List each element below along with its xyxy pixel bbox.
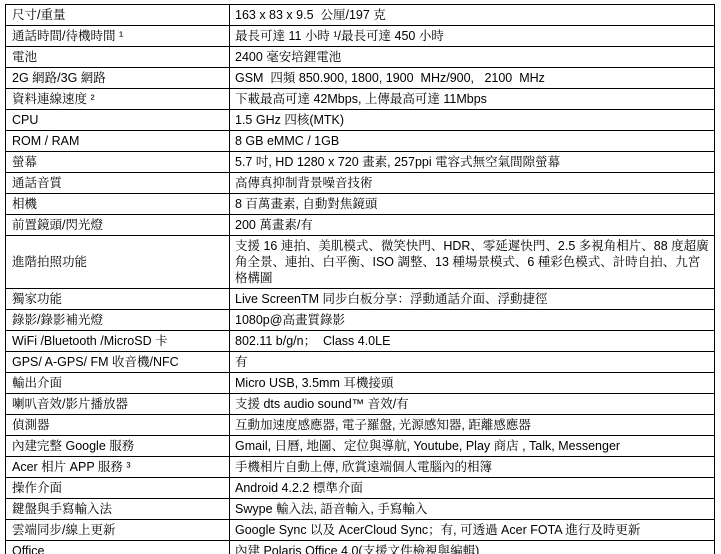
spec-value-cell: 高傳真抑制背景噪音技術 [230, 173, 715, 194]
table-row: 尺寸/重量163 x 83 x 9.5 公厘/197 克 [6, 5, 715, 26]
spec-value-cell: 1.5 GHz 四核(MTK) [230, 110, 715, 131]
spec-label-cell: 通話音質 [6, 173, 230, 194]
spec-label-cell: 通話時間/待機時間 ¹ [6, 26, 230, 47]
table-row: CPU1.5 GHz 四核(MTK) [6, 110, 715, 131]
table-row: 錄影/錄影補光燈1080p@高畫質錄影 [6, 310, 715, 331]
spec-label-cell: 錄影/錄影補光燈 [6, 310, 230, 331]
spec-label-cell: 喇叭音效/影片播放器 [6, 394, 230, 415]
spec-value-cell: Swype 輸入法, 語音輸入, 手寫輸入 [230, 499, 715, 520]
spec-value-cell: Live ScreenTM 同步白板分享：浮動通話介面、浮動捷徑 [230, 289, 715, 310]
spec-value-cell: Android 4.2.2 標準介面 [230, 478, 715, 499]
spec-label-cell: Acer 相片 APP 服務 ³ [6, 457, 230, 478]
spec-sheet-page: 尺寸/重量163 x 83 x 9.5 公厘/197 克通話時間/待機時間 ¹最… [0, 0, 721, 554]
table-row: 偵測器互動加速度感應器, 電子羅盤, 光源感知器, 距離感應器 [6, 415, 715, 436]
table-row: 內建完整 Google 服務Gmail, 日曆, 地圖、定位與導航, Youtu… [6, 436, 715, 457]
spec-value-cell: 內建 Polaris Office 4.0(支援文件檢視與編輯) [230, 541, 715, 554]
spec-label-cell: 雲端同步/線上更新 [6, 520, 230, 541]
spec-label-cell: 前置鏡頭/閃光燈 [6, 215, 230, 236]
table-row: ROM / RAM8 GB eMMC / 1GB [6, 131, 715, 152]
spec-label-cell: Office [6, 541, 230, 554]
spec-table: 尺寸/重量163 x 83 x 9.5 公厘/197 克通話時間/待機時間 ¹最… [5, 4, 715, 554]
spec-label-cell: 電池 [6, 47, 230, 68]
spec-value-cell: 下載最高可達 42Mbps, 上傳最高可達 11Mbps [230, 89, 715, 110]
spec-value-cell: 2400 毫安培鋰電池 [230, 47, 715, 68]
spec-value-cell: 8 百萬畫素, 自動對焦鏡頭 [230, 194, 715, 215]
table-row: 輸出介面Micro USB, 3.5mm 耳機接頭 [6, 373, 715, 394]
table-row: 資料連線速度 ²下載最高可達 42Mbps, 上傳最高可達 11Mbps [6, 89, 715, 110]
table-row: 獨家功能Live ScreenTM 同步白板分享：浮動通話介面、浮動捷徑 [6, 289, 715, 310]
table-row: 鍵盤與手寫輸入法Swype 輸入法, 語音輸入, 手寫輸入 [6, 499, 715, 520]
table-row: 喇叭音效/影片播放器支援 dts audio sound™ 音效/有 [6, 394, 715, 415]
spec-value-cell: 5.7 吋, HD 1280 x 720 畫素, 257ppi 電容式無空氣間隙… [230, 152, 715, 173]
spec-label-cell: 操作介面 [6, 478, 230, 499]
spec-label-cell: 進階拍照功能 [6, 236, 230, 289]
table-row: 螢幕5.7 吋, HD 1280 x 720 畫素, 257ppi 電容式無空氣… [6, 152, 715, 173]
spec-label-cell: 獨家功能 [6, 289, 230, 310]
spec-value-cell: Gmail, 日曆, 地圖、定位與導航, Youtube, Play 商店 , … [230, 436, 715, 457]
table-row: 進階拍照功能支援 16 連拍、美肌模式、微笑快門、HDR、零延遲快門、2.5 多… [6, 236, 715, 289]
table-row: 操作介面Android 4.2.2 標準介面 [6, 478, 715, 499]
table-row: 電池2400 毫安培鋰電池 [6, 47, 715, 68]
spec-value-cell: 有 [230, 352, 715, 373]
spec-label-cell: 相機 [6, 194, 230, 215]
spec-label-cell: ROM / RAM [6, 131, 230, 152]
table-row: Acer 相片 APP 服務 ³手機相片自動上傳, 欣賞遠端個人電腦內的相簿 [6, 457, 715, 478]
spec-value-cell: 最長可達 11 小時 ¹/最長可達 450 小時 [230, 26, 715, 47]
spec-value-cell: Google Sync 以及 AcerCloud Sync；有, 可透過 Ace… [230, 520, 715, 541]
spec-label-cell: 鍵盤與手寫輸入法 [6, 499, 230, 520]
spec-value-cell: 支援 dts audio sound™ 音效/有 [230, 394, 715, 415]
spec-value-cell: 802.11 b/g/n； Class 4.0LE [230, 331, 715, 352]
spec-label-cell: GPS/ A-GPS/ FM 收音機/NFC [6, 352, 230, 373]
spec-value-cell: Micro USB, 3.5mm 耳機接頭 [230, 373, 715, 394]
spec-label-cell: 2G 網路/3G 網路 [6, 68, 230, 89]
table-row: 通話時間/待機時間 ¹最長可達 11 小時 ¹/最長可達 450 小時 [6, 26, 715, 47]
spec-table-body: 尺寸/重量163 x 83 x 9.5 公厘/197 克通話時間/待機時間 ¹最… [6, 5, 715, 554]
table-row: GPS/ A-GPS/ FM 收音機/NFC有 [6, 352, 715, 373]
table-row: 2G 網路/3G 網路GSM 四頻 850.900, 1800, 1900 MH… [6, 68, 715, 89]
spec-label-cell: 資料連線速度 ² [6, 89, 230, 110]
spec-label-cell: 輸出介面 [6, 373, 230, 394]
spec-value-cell: 1080p@高畫質錄影 [230, 310, 715, 331]
table-row: Office內建 Polaris Office 4.0(支援文件檢視與編輯) [6, 541, 715, 554]
table-row: WiFi /Bluetooth /MicroSD 卡802.11 b/g/n； … [6, 331, 715, 352]
spec-label-cell: CPU [6, 110, 230, 131]
table-row: 雲端同步/線上更新Google Sync 以及 AcerCloud Sync；有… [6, 520, 715, 541]
spec-value-cell: 200 萬畫素/有 [230, 215, 715, 236]
table-row: 前置鏡頭/閃光燈200 萬畫素/有 [6, 215, 715, 236]
spec-label-cell: WiFi /Bluetooth /MicroSD 卡 [6, 331, 230, 352]
spec-value-cell: 163 x 83 x 9.5 公厘/197 克 [230, 5, 715, 26]
spec-value-cell: 互動加速度感應器, 電子羅盤, 光源感知器, 距離感應器 [230, 415, 715, 436]
spec-label-cell: 內建完整 Google 服務 [6, 436, 230, 457]
spec-value-cell: GSM 四頻 850.900, 1800, 1900 MHz/900, 2100… [230, 68, 715, 89]
table-row: 相機8 百萬畫素, 自動對焦鏡頭 [6, 194, 715, 215]
spec-value-cell: 8 GB eMMC / 1GB [230, 131, 715, 152]
spec-label-cell: 螢幕 [6, 152, 230, 173]
spec-value-cell: 手機相片自動上傳, 欣賞遠端個人電腦內的相簿 [230, 457, 715, 478]
spec-label-cell: 尺寸/重量 [6, 5, 230, 26]
spec-label-cell: 偵測器 [6, 415, 230, 436]
spec-value-cell: 支援 16 連拍、美肌模式、微笑快門、HDR、零延遲快門、2.5 多視角相片、8… [230, 236, 715, 289]
table-row: 通話音質高傳真抑制背景噪音技術 [6, 173, 715, 194]
